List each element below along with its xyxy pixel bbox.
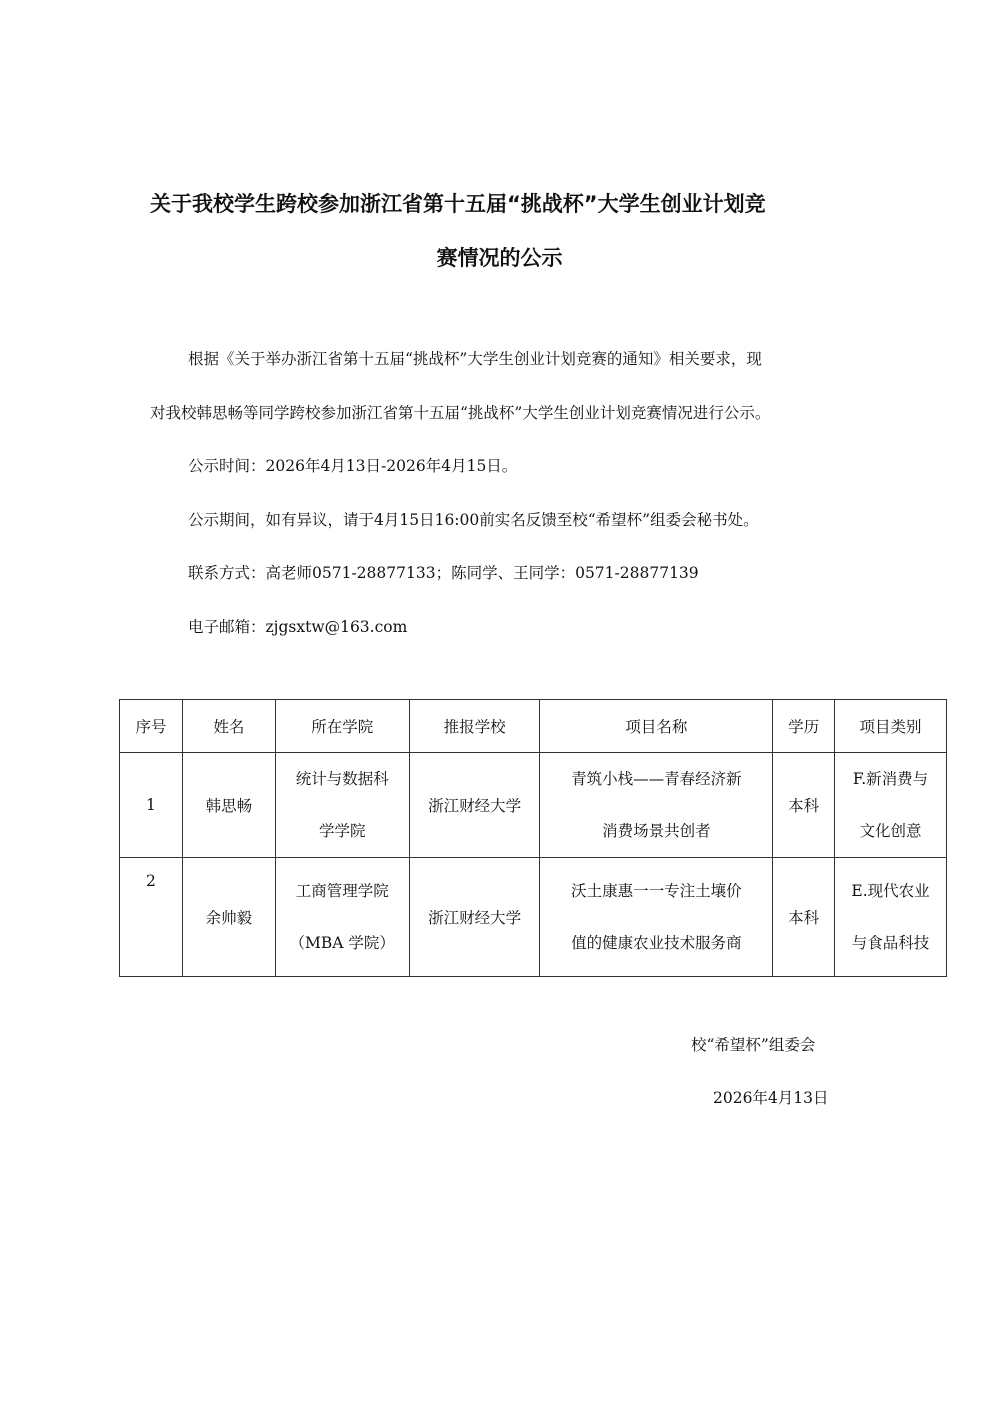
header-degree: 学历 [773,700,835,753]
cell-school: 浙江财经大学 [409,753,540,858]
publicity-period: 公示时间：2026年4月13日-2026年4月15日。 [188,456,888,476]
header-project: 项目名称 [540,700,773,753]
cell-index: 1 [120,753,183,858]
objection-notice: 公示期间，如有异议，请于4月15日16:00前实名反馈至校“希望杯”组委会秘书处… [188,510,888,530]
category-line: E.现代农业 [851,865,929,917]
table-header-row: 序号 姓名 所在学院 推报学校 项目名称 学历 项目类别 [120,700,947,753]
student-table: 序号 姓名 所在学院 推报学校 项目名称 学历 项目类别 1 韩思畅 统计与数据… [119,699,947,977]
cell-degree: 本科 [773,858,835,977]
college-line: 工商管理学院 [296,865,389,917]
cell-category: F.新消费与 文化创意 [835,753,947,858]
cell-degree: 本科 [773,753,835,858]
cell-name: 余帅毅 [182,858,275,977]
project-line: 沃土康惠一一专注土壤价 [571,865,742,917]
project-line: 青筑小栈——青春经济新 [571,753,742,805]
signature-date: 2026年4月13日 [713,1086,829,1108]
cell-college: 统计与数据科 学学院 [275,753,409,858]
college-line: （MBA 学院） [290,917,395,969]
category-line: 文化创意 [860,805,922,857]
college-line: 统计与数据科 [296,753,389,805]
document-title-line-2: 赛情况的公示 [0,242,999,272]
college-line: 学学院 [319,805,366,857]
header-college: 所在学院 [275,700,409,753]
table-row: 1 韩思畅 统计与数据科 学学院 浙江财经大学 青筑小栈——青春经济新 消费场景… [120,753,947,858]
document-title-line-1: 关于我校学生跨校参加浙江省第十五届“挑战杯”大学生创业计划竞 [150,188,850,218]
cell-college: 工商管理学院 （MBA 学院） [275,858,409,977]
project-line: 值的健康农业技术服务商 [571,917,742,969]
body-paragraph-intro: 根据《关于举办浙江省第十五届“挑战杯”大学生创业计划竞赛的通知》相关要求，现 [188,349,888,369]
contact-info: 联系方式：高老师0571-28877133；陈同学、王同学：0571-28877… [188,563,888,583]
email-info: 电子邮箱：zjgsxtw@163.com [188,617,888,637]
header-name: 姓名 [182,700,275,753]
cell-category: E.现代农业 与食品科技 [835,858,947,977]
header-school: 推报学校 [409,700,540,753]
cell-project: 青筑小栈——青春经济新 消费场景共创者 [540,753,773,858]
category-line: 与食品科技 [852,917,930,969]
cell-project: 沃土康惠一一专注土壤价 值的健康农业技术服务商 [540,858,773,977]
signature-organization: 校“希望杯”组委会 [691,1033,815,1055]
category-line: F.新消费与 [853,753,928,805]
header-category: 项目类别 [835,700,947,753]
cell-name: 韩思畅 [182,753,275,858]
cell-school: 浙江财经大学 [409,858,540,977]
cell-index: 2 [120,858,183,977]
project-line: 消费场景共创者 [602,805,711,857]
body-paragraph-intro-cont: 对我校韩思畅等同学跨校参加浙江省第十五届“挑战杯”大学生创业计划竞赛情况进行公示… [150,403,850,423]
table-row: 2 余帅毅 工商管理学院 （MBA 学院） 浙江财经大学 沃土康惠一一专注土壤价… [120,858,947,977]
header-index: 序号 [120,700,183,753]
